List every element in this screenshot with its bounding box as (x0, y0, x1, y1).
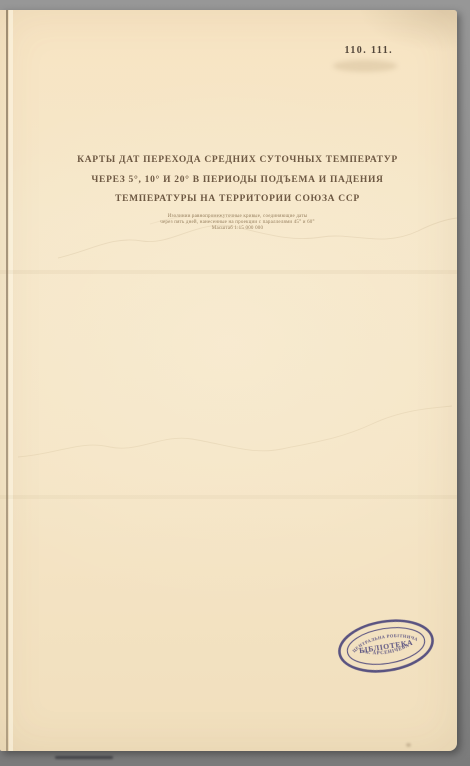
title-line-1: КАРТЫ ДАТ ПЕРЕХОДА СРЕДНИХ СУТОЧНЫХ ТЕМП… (26, 151, 449, 171)
caption-block: Изолинии равнопромежуточные кривые, соед… (26, 214, 449, 232)
scanned-image: 110. 111. КАРТЫ ДАТ ПЕРЕХОДА СРЕДНИХ СУТ… (0, 0, 470, 766)
paper-speck (406, 743, 411, 747)
caption-line-3: Масштаб 1:15 000 000 (26, 226, 449, 232)
atlas-page: 110. 111. КАРТЫ ДАТ ПЕРЕХОДА СРЕДНИХ СУТ… (0, 10, 457, 751)
title-block: КАРТЫ ДАТ ПЕРЕХОДА СРЕДНИХ СУТОЧНЫХ ТЕМП… (26, 151, 449, 232)
catalog-number-mark (55, 756, 113, 759)
title-line-2: ЧЕРЕЗ 5°, 10° И 20° В ПЕРИОДЫ ПОДЪЕМА И … (26, 171, 449, 191)
title-line-3: ТЕМПЕРАТУРЫ НА ТЕРРИТОРИИ СОЮЗА ССР (26, 190, 449, 210)
